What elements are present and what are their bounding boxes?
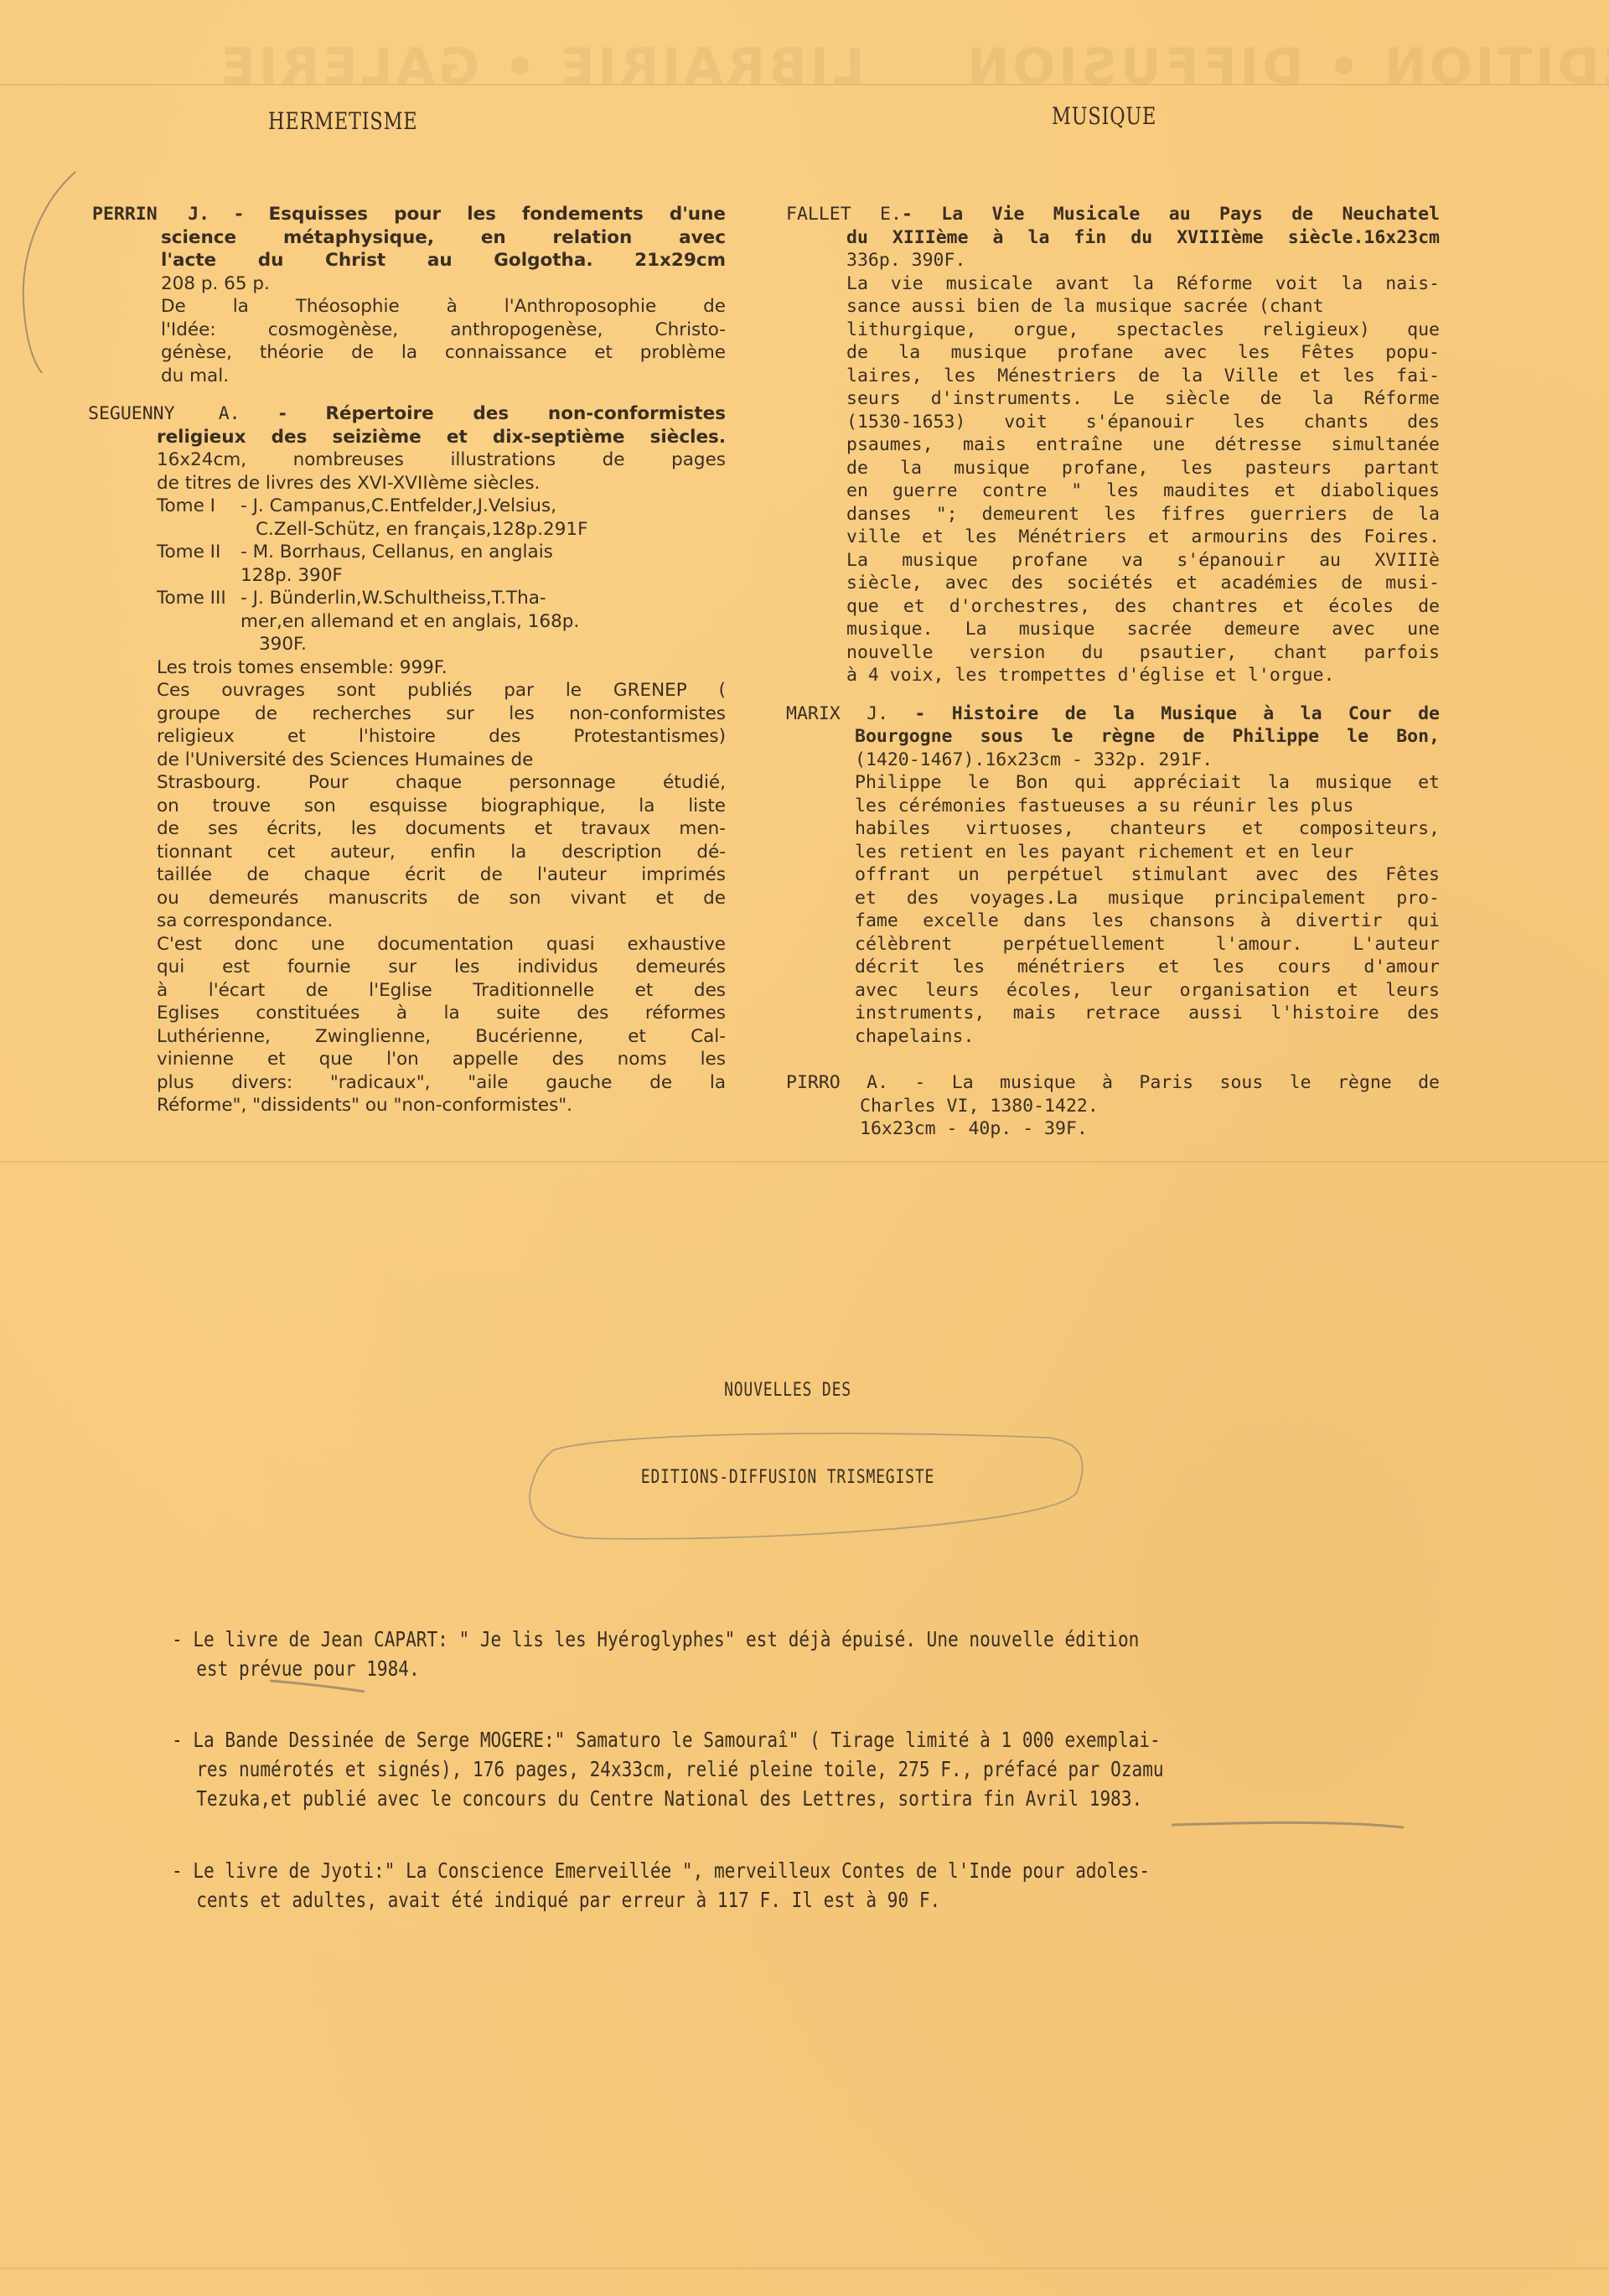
entry-line: de ses écrits, les documents et travaux … [88, 817, 726, 841]
news-line: est prévue pour 1984. [172, 1654, 1430, 1683]
entry-line: génèse, théorie de la connaissance et pr… [92, 341, 726, 365]
entry-first-line: PIRRO A. - La musique à Paris sous le rè… [786, 1071, 1440, 1095]
entry-line: 16x23cm - 40p. - 39F. [786, 1117, 1440, 1141]
entry-line: 336p. 390F. [786, 249, 1440, 272]
news-line: - La Bande Dessinée de Serge MOGERE:" Sa… [172, 1725, 1430, 1754]
entry-line: sa correspondance. [88, 910, 726, 933]
entry-line: ou demeurés manuscrits de son vivant et … [88, 887, 726, 910]
entry-author: FALLET E. [786, 204, 902, 225]
entry-line: La vie musicale avant la Réforme voit la… [786, 272, 1440, 296]
pencil-underline-avril [1172, 1822, 1404, 1827]
tome-label: Tome II [157, 541, 241, 564]
news-item: - Le livre de Jyoti:" La Conscience Emer… [172, 1856, 1430, 1915]
entry-title: - Esquisses pour les fondements d'une [235, 204, 727, 225]
fold-line-top [0, 84, 1609, 86]
entry-line: religieux et l'histoire des Protestantis… [88, 725, 726, 749]
news-heading-line-2: EDITIONS-DIFFUSION TRISMEGISTE [609, 1467, 966, 1488]
entry-first-line: FALLET E.- La Vie Musicale au Pays de Ne… [786, 203, 1440, 226]
tome-text: 390F. [157, 633, 726, 656]
entry-line: du XIIIème à la fin du XVIIIème siècle.1… [786, 226, 1440, 250]
tome-item: Tome II - M. Borrhaus, Cellanus, en angl… [157, 541, 726, 564]
section-title-musique: MUSIQUE [1052, 102, 1156, 130]
entry-line: avec leurs écoles, leur organisation et … [786, 979, 1440, 1003]
entry-line: laires, les Ménestriers de la Ville et l… [786, 365, 1440, 388]
tome-text: - J. Bünderlin,W.Schultheiss,T.Tha- [241, 587, 726, 610]
entry-line: C'est donc une documentation quasi exhau… [88, 933, 726, 956]
news-line: - Le livre de Jean CAPART: " Je lis les … [172, 1625, 1430, 1654]
tome-list: Tome I - J. Campanus,C.Entfelder,J.Velsi… [88, 495, 726, 656]
entry-line: vinienne et que l'on appelle des noms le… [88, 1048, 726, 1071]
entry-line: De la Théosophie à l'Anthroposophie de [92, 295, 726, 319]
tome-item: Tome I - J. Campanus,C.Entfelder,J.Velsi… [157, 495, 726, 518]
news-line: Tezuka,et publié avec le concours du Cen… [172, 1784, 1430, 1813]
entry-title: - Histoire de la Musique à la Cour de [914, 703, 1440, 724]
entry-line: nouvelle version du psautier, chant parf… [786, 641, 1440, 665]
news-line: - Le livre de Jyoti:" La Conscience Emer… [172, 1856, 1430, 1885]
entry-author: PIRRO A. [786, 1072, 888, 1093]
entry-line: habiles virtuoses, chanteurs et composit… [786, 817, 1440, 841]
fold-line-middle [0, 1161, 1609, 1163]
show-through-header-right: EDITION • DIFFUSION [964, 38, 1609, 96]
entry-fallet: FALLET E.- La Vie Musicale au Pays de Ne… [786, 203, 1440, 687]
entry-line: Bourgogne sous le règne de Philippe le B… [786, 725, 1440, 749]
entry-line: La musique profane va s'épanouir au XVII… [786, 549, 1440, 573]
entry-line: de la musique profane, les pasteurs part… [786, 457, 1440, 480]
entry-line: célèbrent perpétuellement l'amour. L'aut… [786, 933, 1440, 956]
entry-line: Philippe le Bon qui appréciait la musiqu… [786, 771, 1440, 795]
news-item: - Le livre de Jean CAPART: " Je lis les … [172, 1625, 1430, 1683]
entry-line: Réforme", "dissidents" ou "non-conformis… [88, 1094, 726, 1117]
entry-line: Les trois tomes ensemble: 999F. [88, 656, 726, 680]
entry-line: à l'écart de l'Eglise Traditionnelle et … [88, 979, 726, 1003]
news-heading-line-1: NOUVELLES DES [698, 1380, 877, 1401]
entry-line: religieux des seizième et dix-septième s… [88, 426, 726, 449]
entry-line: décrit les ménétriers et les cours d'amo… [786, 956, 1440, 979]
show-through-header-left: LIBRAIRIE • GALERIE [218, 38, 864, 96]
news-line: res numérotés et signés), 176 pages, 24x… [172, 1754, 1430, 1784]
entry-line: Charles VI, 1380-1422. [786, 1095, 1440, 1118]
entry-line: (1420-1467).16x23cm - 332p. 291F. [786, 749, 1440, 772]
entry-author: MARIX J. [786, 703, 888, 724]
entry-line: de l'Université des Sciences Humaines de [88, 749, 726, 772]
musique-column: FALLET E.- La Vie Musicale au Pays de Ne… [786, 203, 1440, 1156]
entry-line: 208 p. 65 p. [92, 272, 726, 296]
entry-line: on trouve son esquisse biographique, la … [88, 795, 726, 818]
entry-line: groupe de recherches sur les non-conform… [88, 702, 726, 726]
entry-line: musique. La musique sacrée demeure avec … [786, 618, 1440, 641]
entry-line: danses "; demeurent les fifres guerriers… [786, 503, 1440, 526]
tome-text: - M. Borrhaus, Cellanus, en anglais [241, 541, 726, 564]
tome-item: Tome III - J. Bünderlin,W.Schultheiss,T.… [157, 587, 726, 610]
news-item: - La Bande Dessinée de Serge MOGERE:" Sa… [172, 1725, 1430, 1813]
entry-author: SEGUENNY A. [88, 403, 241, 424]
entry-line: les retient en les payant richement et e… [786, 841, 1440, 864]
entry-line: fame excelle dans les chansons à diverti… [786, 910, 1440, 933]
tome-text: mer,en allemand et en anglais, 168p. [157, 610, 726, 634]
entry-line: tionnant cet auteur, enfin la descriptio… [88, 841, 726, 864]
entry-title: - La Vie Musicale au Pays de Neuchatel [902, 204, 1440, 225]
tome-text: C.Zell-Schütz, en français,128p.291F [157, 518, 726, 542]
entry-line: de titres de livres des XVI-XVIIème sièc… [88, 472, 726, 495]
entry-author: PERRIN J. [92, 204, 210, 225]
entry-line: instruments, mais retrace aussi l'histoi… [786, 1002, 1440, 1025]
entry-first-line: SEGUENNY A. - Répertoire des non-conform… [88, 402, 726, 426]
entry-marix: MARIX J. - Histoire de la Musique à la C… [786, 702, 1440, 1049]
entry-first-line: PERRIN J. - Esquisses pour les fondement… [92, 203, 726, 226]
entry-seguenny: SEGUENNY A. - Répertoire des non-conform… [88, 402, 726, 1117]
entry-line: psaumes, mais entraîne une détresse simu… [786, 433, 1440, 457]
entry-line: Strasbourg. Pour chaque personnage étudi… [88, 771, 726, 795]
entry-line: 16x24cm, nombreuses illustrations de pag… [88, 448, 726, 472]
entry-line: du mal. [92, 365, 726, 388]
entry-line: offrant un perpétuel stimulant avec des … [786, 863, 1440, 887]
entry-line: siècle, avec des sociétés et académies d… [786, 572, 1440, 595]
entry-line: l'acte du Christ au Golgotha. 21x29cm [92, 249, 726, 272]
entry-title: - La musique à Paris sous le règne de [914, 1072, 1440, 1093]
entry-line: plus divers: "radicaux", "aile gauche de… [88, 1071, 726, 1095]
tome-text: - J. Campanus,C.Entfelder,J.Velsius, [241, 495, 726, 518]
entry-line: en guerre contre " les maudites et diabo… [786, 479, 1440, 503]
entry-line: Eglises constituées à la suite des réfor… [88, 1002, 726, 1025]
tome-label: Tome III [157, 587, 241, 610]
entry-line: sance aussi bien de la musique sacrée (c… [786, 295, 1440, 319]
entry-line: science métaphysique, en relation avec [92, 226, 726, 250]
entry-line: les cérémonies fastueuses a su réunir le… [786, 795, 1440, 818]
entry-line: l'Idée: cosmogènèse, anthropogenèse, Chr… [92, 319, 726, 342]
fold-line-bottom [0, 2267, 1609, 2269]
entry-line: Luthérienne, Zwinglienne, Bucérienne, et… [88, 1025, 726, 1049]
entry-line: de la musique profane avec les Fêtes pop… [786, 341, 1440, 365]
entry-line: et des voyages.La musique principalement… [786, 887, 1440, 910]
entry-line: (1530-1653) voit s'épanouir les chants d… [786, 411, 1440, 434]
entry-line: qui est fournie sur les individus demeur… [88, 956, 726, 979]
tome-text: 128p. 390F [157, 564, 726, 588]
entry-perrin: PERRIN J. - Esquisses pour les fondement… [92, 203, 726, 387]
section-title-hermetisme: HERMETISME [268, 107, 417, 135]
entry-line: à 4 voix, les trompettes d'église et l'o… [786, 664, 1440, 687]
entry-line: taillée de chaque écrit de l'auteur impr… [88, 863, 726, 887]
entry-line: chapelains. [786, 1025, 1440, 1049]
entry-line: seurs d'instruments. Le siècle de la Réf… [786, 387, 1440, 411]
entry-line: que et d'orchestres, des chantres et éco… [786, 595, 1440, 619]
tome-label: Tome I [157, 495, 241, 518]
hermetisme-column: PERRIN J. - Esquisses pour les fondement… [92, 203, 726, 1132]
entry-line: Ces ouvrages sont publiés par le GRENEP … [88, 679, 726, 702]
entry-line: ville et les Ménétriers et armourins des… [786, 526, 1440, 549]
news-line: cents et adultes, avait été indiqué par … [172, 1885, 1430, 1915]
entry-pirro: PIRRO A. - La musique à Paris sous le rè… [786, 1071, 1440, 1141]
entry-first-line: MARIX J. - Histoire de la Musique à la C… [786, 702, 1440, 726]
entry-title: - Répertoire des non-conformistes [279, 403, 726, 424]
pencil-bracket-mark [23, 172, 75, 373]
entry-line: lithurgique, orgue, spectacles religieux… [786, 319, 1440, 342]
